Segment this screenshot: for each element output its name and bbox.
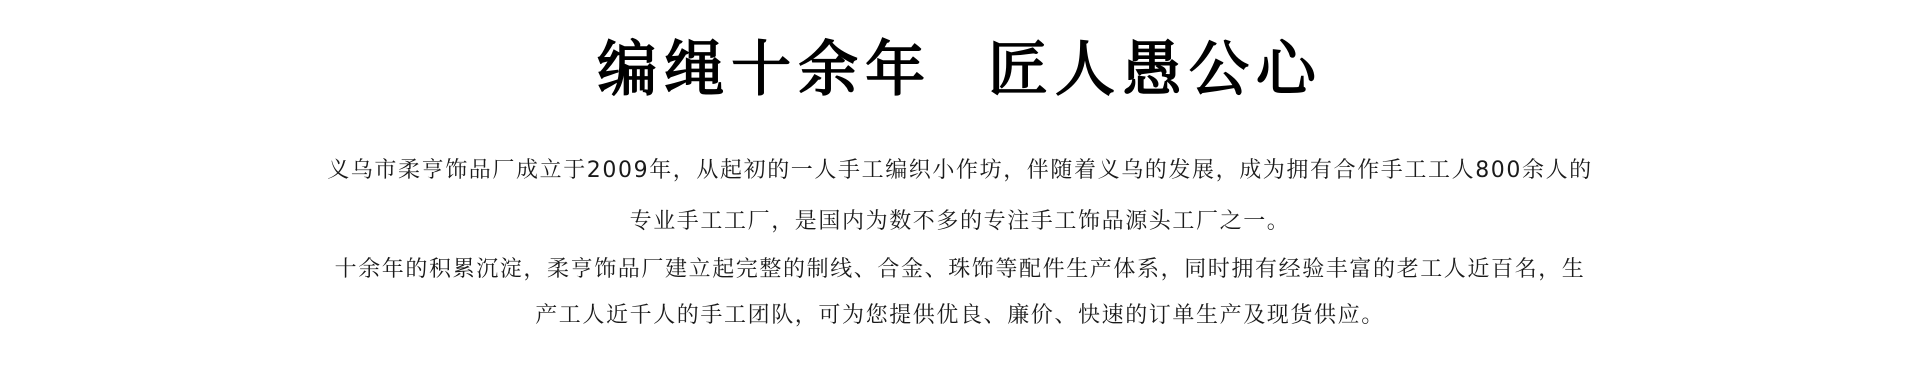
company-description: 义乌市柔亨饰品厂成立于2009年，从起初的一人手工编织小作坊，伴随着义乌的发展，… bbox=[0, 148, 1920, 339]
description-line-1: 义乌市柔亨饰品厂成立于2009年，从起初的一人手工编织小作坊，伴随着义乌的发展，… bbox=[0, 148, 1920, 199]
description-line-3: 十余年的积累沉淀，柔亨饰品厂建立起完整的制线、合金、珠饰等配件生产体系，同时拥有… bbox=[0, 247, 1920, 293]
description-line-4: 产工人近千人的手工团队，可为您提供优良、廉价、快速的订单生产及现货供应。 bbox=[0, 293, 1920, 339]
page-title: 编绳十余年 匠人愚公心 bbox=[0, 34, 1920, 106]
description-line-2: 专业手工工厂，是国内为数不多的专注手工饰品源头工厂之一。 bbox=[0, 199, 1920, 247]
